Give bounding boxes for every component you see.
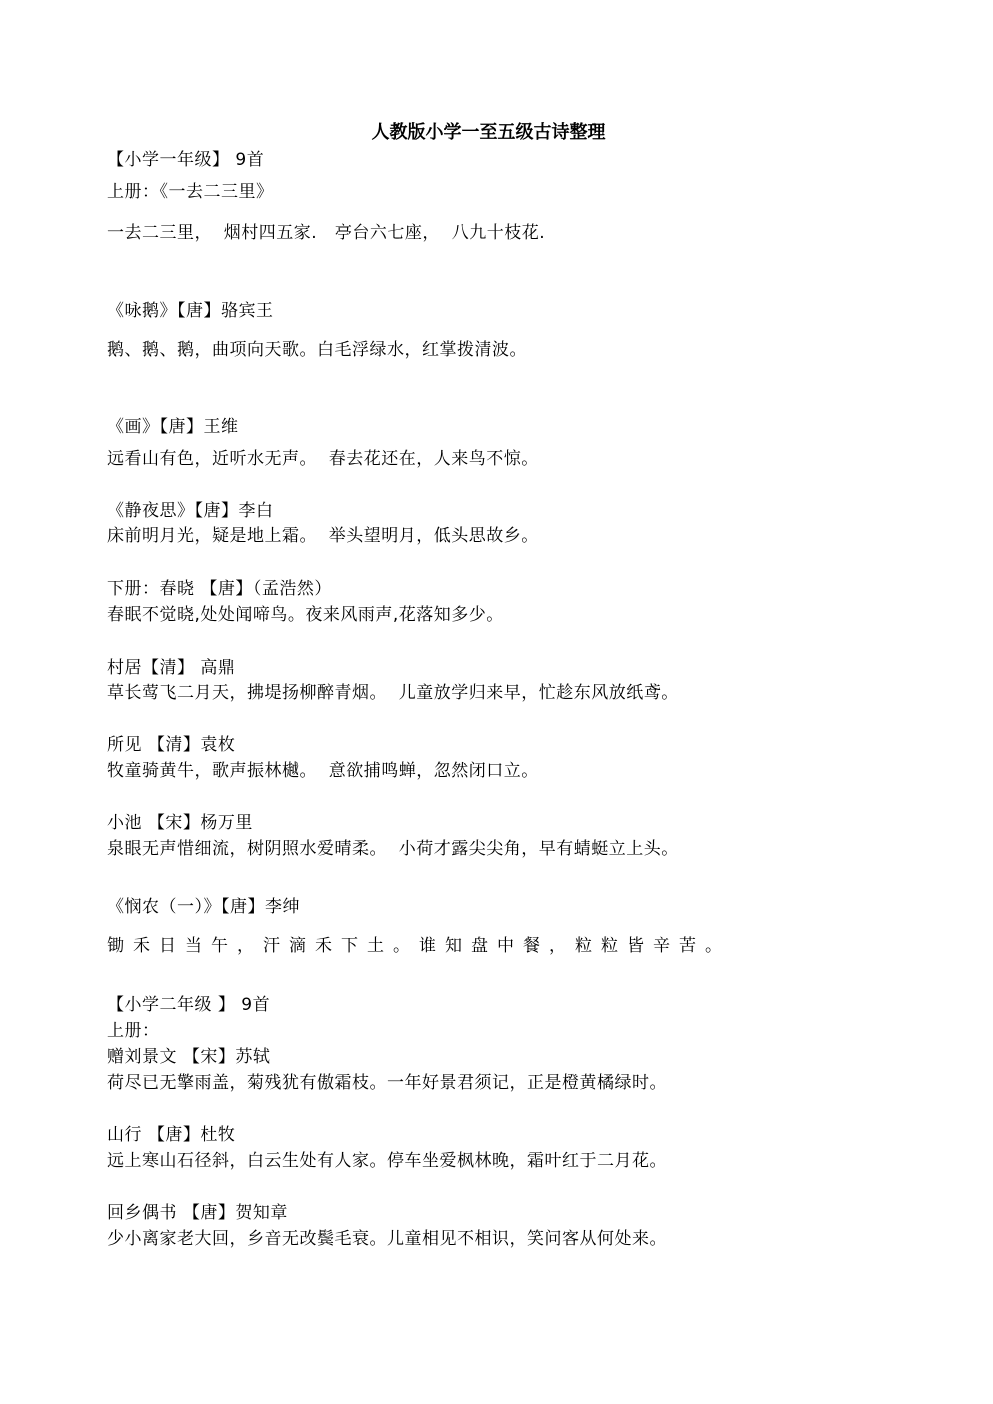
poem-text: 床前明月光，疑是地上霜。 举头望明月，低头思故乡。 bbox=[107, 524, 539, 548]
poem-text: 少小离家老大回，乡音无改鬓毛衰。儿童相见不相识，笑问客从何处来。 bbox=[107, 1227, 667, 1251]
document-page: 人教版小学一至五级古诗整理 【小学一年级】 9首 上册：《一去二三里》 一去二三… bbox=[0, 0, 993, 1404]
section-heading-grade-2: 【小学二年级 】 9首 bbox=[107, 993, 270, 1017]
poem-header: 赠刘景文 【宋】苏轼 bbox=[107, 1045, 270, 1069]
poem-header: 《静夜思》【唐】李白 bbox=[107, 499, 274, 523]
poem-text: 草长莺飞二月天，拂堤扬柳醉青烟。 儿童放学归来早，忙趁东风放纸鸢。 bbox=[107, 681, 679, 705]
poem-header: 上册：《一去二三里》 bbox=[107, 180, 274, 204]
poem-text: 牧童骑黄牛，歌声振林樾。 意欲捕鸣蝉，忽然闭口立。 bbox=[107, 759, 539, 783]
poem-text: 鹅、鹅、鹅，曲项向天歌。白毛浮绿水，红掌拨清波。 bbox=[107, 338, 527, 362]
poem-text: 一去二三里， 烟村四五家. 亭台六七座， 八九十枝花. bbox=[107, 221, 545, 245]
poem-header: 小池 【宋】杨万里 bbox=[107, 811, 253, 835]
poem-header: 《悯农（一）》【唐】李绅 bbox=[107, 895, 300, 919]
poem-header: 所见 【清】袁枚 bbox=[107, 733, 235, 757]
poem-header: 回乡偶书 【唐】贺知章 bbox=[107, 1201, 288, 1225]
poem-text: 荷尽已无擎雨盖，菊残犹有傲霜枝。一年好景君须记，正是橙黄橘绿时。 bbox=[107, 1071, 667, 1095]
poem-header: 山行 【唐】杜牧 bbox=[107, 1123, 235, 1147]
poem-header: 《画》【唐】王维 bbox=[107, 415, 239, 439]
poem-text: 春眠不觉晓,处处闻啼鸟。夜来风雨声,花落知多少。 bbox=[107, 603, 504, 627]
poem-text: 泉眼无声惜细流，树阴照水爱晴柔。 小荷才露尖尖角，早有蜻蜓立上头。 bbox=[107, 837, 679, 861]
section-heading-grade-1: 【小学一年级】 9首 bbox=[107, 148, 264, 172]
document-title-text: 人教版小学一至五级古诗整理 bbox=[372, 122, 606, 143]
volume-label: 上册： bbox=[107, 1019, 160, 1043]
poem-text: 锄禾日当午，汗滴禾下土。谁知盘中餐，粒粒皆辛苦。 bbox=[107, 934, 731, 958]
poem-header: 下册：春晓 【唐】（孟浩然） bbox=[107, 577, 332, 601]
poem-text: 远看山有色，近听水无声。 春去花还在，人来鸟不惊。 bbox=[107, 447, 539, 471]
poem-header: 村居【清】 高鼎 bbox=[107, 656, 235, 680]
document-title: 人教版小学一至五级古诗整理 bbox=[0, 120, 993, 146]
poem-text: 远上寒山石径斜，白云生处有人家。停车坐爱枫林晚，霜叶红于二月花。 bbox=[107, 1149, 667, 1173]
poem-header: 《咏鹅》【唐】骆宾王 bbox=[107, 299, 274, 323]
